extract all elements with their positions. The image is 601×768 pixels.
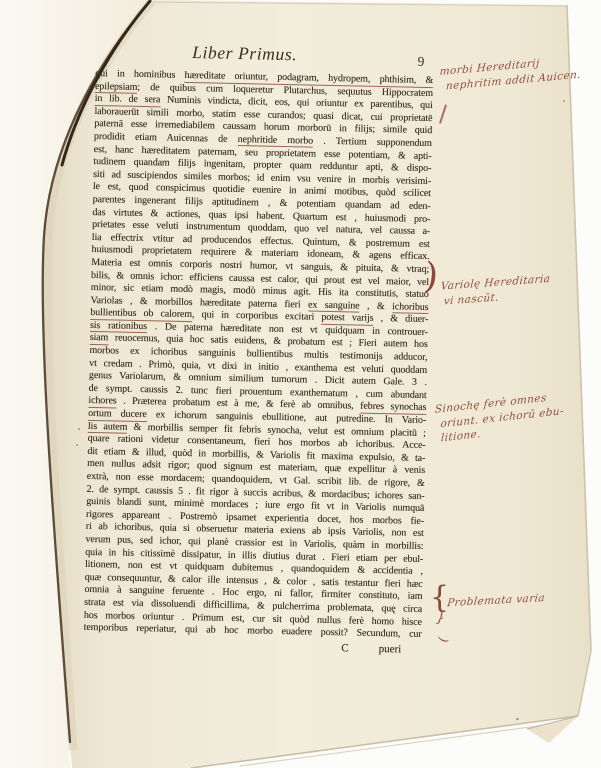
printed-text-area: Liber Primus. 9 qui in hominibus hæredit…	[83, 40, 434, 657]
book-page-photo: Liber Primus. 9 qui in hominibus hæredit…	[0, 0, 601, 768]
paper-speck	[516, 718, 519, 720]
text-block: qui in hominibus hæreditate oriuntur, po…	[84, 68, 434, 642]
paper-speck	[563, 100, 565, 102]
ink-dot	[78, 428, 80, 430]
page-number: 9	[417, 54, 424, 70]
ink-dot	[76, 444, 78, 446]
signature-mark: C	[341, 641, 349, 655]
catchword: pueri	[379, 642, 402, 656]
